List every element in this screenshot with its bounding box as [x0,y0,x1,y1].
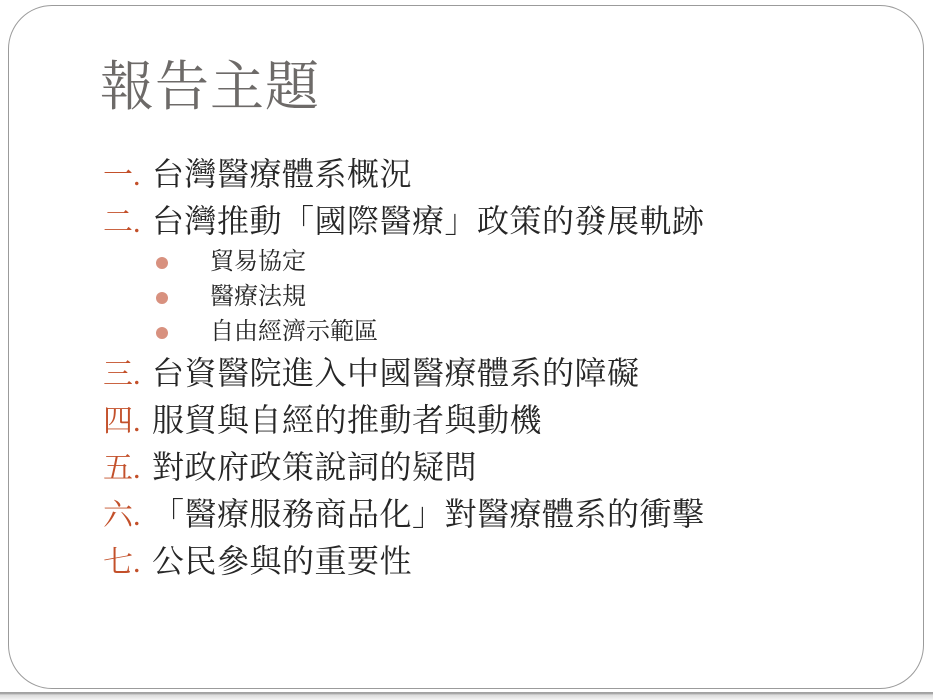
item-text: 公民參與的重要性 [152,538,412,585]
item-text: 台灣醫療體系概況 [152,151,412,198]
list-item: 六. 「醫療服務商品化」對醫療體系的衝擊 [103,491,863,538]
bullet-icon [156,257,168,269]
item-number: 一. [103,152,152,199]
sub-item-text: 醫療法規 [210,280,306,315]
item-number: 二. [103,199,152,246]
bullet-icon [156,292,168,304]
slide-title: 報告主題 [100,56,320,118]
item-text: 對政府政策說詞的疑問 [152,444,477,491]
presentation-slide: 報告主題 一. 台灣醫療體系概況 二. 台灣推動「國際醫療」政策的發展軌跡 貿易… [0,0,933,700]
item-number: 三. [103,351,152,398]
list-item: 五. 對政府政策說詞的疑問 [103,444,863,491]
list-item: 二. 台灣推動「國際醫療」政策的發展軌跡 [103,198,863,245]
item-number: 四. [103,398,152,445]
item-text: 台資醫院進入中國醫療體系的障礙 [152,350,640,397]
slide-bottom-edge [0,692,933,700]
list-item: 三. 台資醫院進入中國醫療體系的障礙 [103,350,863,397]
sub-list-item: 醫療法規 [103,280,863,315]
topic-list: 一. 台灣醫療體系概況 二. 台灣推動「國際醫療」政策的發展軌跡 貿易協定 醫療… [103,151,863,585]
item-text: 「醫療服務商品化」對醫療體系的衝擊 [152,491,705,538]
item-number: 六. [103,492,152,539]
sub-list-item: 貿易協定 [103,245,863,280]
bullet-icon [156,327,168,339]
item-text: 台灣推動「國際醫療」政策的發展軌跡 [152,198,705,245]
sub-item-text: 自由經濟示範區 [210,315,378,350]
list-item: 四. 服貿與自經的推動者與動機 [103,397,863,444]
item-number: 五. [103,445,152,492]
list-item: 一. 台灣醫療體系概況 [103,151,863,198]
list-item: 七. 公民參與的重要性 [103,538,863,585]
sub-item-text: 貿易協定 [210,245,306,280]
item-number: 七. [103,539,152,586]
sub-list-item: 自由經濟示範區 [103,315,863,350]
item-text: 服貿與自經的推動者與動機 [152,397,542,444]
